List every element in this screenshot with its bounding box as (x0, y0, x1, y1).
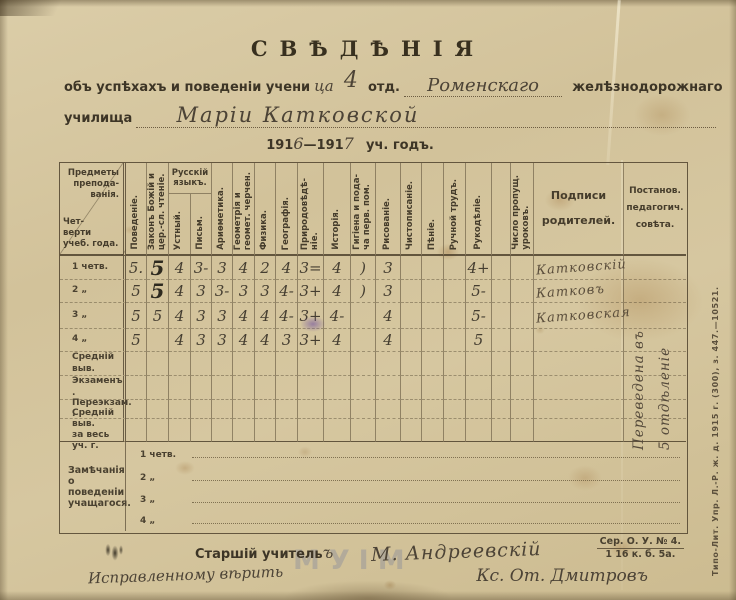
summary-cell-risovanie (376, 376, 401, 400)
handwritten-correction-note: Исправленному вѣрить (88, 563, 284, 590)
col-header-arifmetika: Ариѳметика. (212, 163, 233, 256)
col-header-povedenie: Поведеніе. (126, 163, 147, 256)
grade-geometriya-q3: 4 (233, 303, 255, 329)
summary-cell-povedenie (126, 419, 147, 442)
grade-chistopisanie-q4 (401, 329, 422, 352)
col-header-text-istoriya: Исторія. (332, 209, 342, 250)
summary-cell-prirodovedenie (298, 376, 324, 400)
summary-cell-gigiena (351, 376, 376, 400)
grade-ruchnoy-trud-q2 (444, 280, 466, 303)
quarter-row-label: 4 „ (60, 329, 126, 352)
summary-cell-rukodelie (466, 376, 492, 400)
handwritten-name-line: Маріи Катковской (136, 103, 716, 128)
summary-cell-zakon-bozhiy (147, 400, 169, 419)
summary-cell-arifmetika (212, 400, 233, 419)
decision-note-line2: 5 отдѣленіе (657, 280, 673, 450)
summary-cell-rukodelie (466, 400, 492, 419)
grade-fizika-q3: 4 (255, 303, 276, 329)
summary-cell-povedenie (126, 376, 147, 400)
grade-risovanie-q1: 3 (376, 256, 401, 280)
handwritten-year-start: 6 (293, 134, 303, 153)
summary-cell-chistopisanie (401, 419, 422, 442)
summary-cell-chistopisanie (401, 400, 422, 419)
summary-cell-signatures (534, 400, 624, 419)
col-header-text-rukodelie: Рукодѣліе. (474, 195, 484, 250)
summary-cell-risovanie (376, 419, 401, 442)
col-header-text-geografiya: Географія. (282, 197, 292, 250)
summary-cell-geografiya (276, 419, 298, 442)
remark-quarter-label: 3 „ (140, 495, 192, 505)
parent-signature-q4 (534, 329, 624, 352)
senior-teacher-line: Старшій учительъ М. Андреевскій (195, 541, 542, 563)
grade-istoriya-q1: 4 (324, 256, 351, 280)
col-header-chislo-propusch: Число пропущ. уроковъ. (511, 163, 534, 256)
col-header-text-fizika: Физика. (260, 210, 270, 250)
summary-cell-blank (492, 419, 511, 442)
printed-railway: желѣзнодорожнаго (572, 80, 722, 95)
header-line-year: 1916—1917 уч. годъ. (170, 134, 530, 153)
summary-cell-russkiy-ustny (169, 419, 191, 442)
correction-line: Исправленному вѣрить Кс. От. Дмитровъ (88, 566, 648, 586)
remark-quarter-label: 2 „ (140, 473, 192, 483)
col-header-risovanie: Рисованіе. (376, 163, 401, 256)
summary-cell-chislo-propusch (511, 352, 534, 376)
grade-chislo-propusch-q2 (511, 280, 534, 303)
handwritten-student-name: Маріи Катковской (176, 103, 419, 127)
remark-row-1: 1 четв. (126, 442, 686, 465)
col-header-parent-signatures: Подписи родителей. (534, 163, 624, 256)
col-header-rukodelie: Рукодѣліе. (466, 163, 492, 256)
summary-cell-gigiena (351, 419, 376, 442)
summary-cell-fizika (255, 376, 276, 400)
grade-russkiy-ustny-q4: 4 (169, 329, 191, 352)
grade-russkiy-ustny-q1: 4 (169, 256, 191, 280)
summary-cell-zakon-bozhiy (147, 419, 169, 442)
grade-prirodovedenie-q1: 3= (298, 256, 324, 280)
summary-cell-istoriya (324, 419, 351, 442)
summary-cell-geografiya (276, 352, 298, 376)
grade-chislo-propusch-q4 (511, 329, 534, 352)
grade-povedenie-q1: 5. (126, 256, 147, 280)
grade-chislo-propusch-q3 (511, 303, 534, 329)
parent-signature-q3: Катковская (534, 303, 624, 329)
grade-gigiena-q2: ) (351, 280, 376, 303)
document-title: СВѢДѢНІЯ (0, 36, 736, 61)
grade-blank-q3 (492, 303, 511, 329)
summary-cell-blank (492, 400, 511, 419)
grade-arifmetika-q2: 3- (212, 280, 233, 303)
quarter-row-label: 3 „ (60, 303, 126, 329)
grade-risovanie-q4: 4 (376, 329, 401, 352)
pedagogical-decision-note: Переведена въ 5 отдѣленіе (631, 266, 673, 450)
remark-row-4: 4 „ (126, 510, 686, 531)
col-header-text-arifmetika: Ариѳметика. (217, 187, 227, 250)
summary-cell-penie (422, 419, 444, 442)
report-card-scan: СВѢДѢНІЯ объ успѣхахъ и поведеніи учени … (0, 0, 736, 600)
grade-geografiya-q2: 4- (276, 280, 298, 303)
summary-cell-fizika (255, 400, 276, 419)
summary-cell-signatures (534, 419, 624, 442)
handwritten-place: Роменскаго (427, 75, 539, 96)
printed-school: училища (64, 111, 132, 126)
summary-cell-istoriya (324, 376, 351, 400)
senior-teacher-signature: М. Андреевскій (371, 538, 542, 566)
col-header-prirodovedenie: Природовѣдѣ- ніе. (298, 163, 324, 256)
col-header-pedagogical-decision: Постанов. педагогич. совѣта. (624, 163, 686, 256)
printed-senior-teacher: Старшій учитель (195, 547, 323, 562)
grade-istoriya-q3: 4- (324, 303, 351, 329)
handwritten-place-line: Роменскаго (404, 75, 562, 97)
grade-penie-q2 (422, 280, 444, 303)
series-stamp: Сер. О. У. № 4. 1 16 к. б. 5а. (597, 536, 684, 560)
remark-row-3: 3 „ (126, 488, 686, 510)
col-header-zakon-bozhiy: Законъ Божій и цер.-сл. чтеніе. (147, 163, 169, 256)
summary-cell-arifmetika (212, 419, 233, 442)
grade-geometriya-q4: 4 (233, 329, 255, 352)
col-header-text-gigiena: Гигіена и пода- ча перв. пом. (353, 174, 373, 250)
col-header-text-penie: Пѣніе. (428, 219, 438, 250)
grade-rukodelie-q2: 5- (466, 280, 492, 303)
col-header-gigiena: Гигіена и пода- ча перв. пом. (351, 163, 376, 256)
series-number: Сер. О. У. № 4. (597, 536, 684, 549)
grade-blank-q1 (492, 256, 511, 280)
summary-cell-ruchnoy-trud (444, 419, 466, 442)
summary-cell-rukodelie (466, 352, 492, 376)
parent-signature-q1: Катковскій (534, 256, 624, 280)
grade-chistopisanie-q2 (401, 280, 422, 303)
remark-quarter-label: 4 „ (140, 516, 192, 526)
col-header-text-zakon-bozhiy: Законъ Божій и цер.-сл. чтеніе. (148, 173, 168, 250)
summary-cell-penie (422, 400, 444, 419)
printed-about-progress: объ успѣхахъ и поведеніи учени (64, 80, 310, 95)
col-header-text-geometriya: Геометрія и геомет. черчен. (234, 172, 254, 250)
group-header-russian: Русскій языкъ. (169, 163, 211, 194)
grade-povedenie-q3: 5 (126, 303, 147, 329)
grade-ruchnoy-trud-q4 (444, 329, 466, 352)
summary-cell-rukodelie (466, 419, 492, 442)
grade-russkiy-pism-q2: 3 (191, 280, 212, 303)
summary-cell-russkiy-pism (191, 400, 212, 419)
printed-otd: отд. (368, 80, 400, 95)
grade-istoriya-q4: 4 (324, 329, 351, 352)
summary-cell-russkiy-pism (191, 352, 212, 376)
handwritten-tsa: ца (314, 77, 333, 95)
summary-cell-gigiena (351, 400, 376, 419)
grade-chistopisanie-q1 (401, 256, 422, 280)
grade-zakon-bozhiy-q1: 5 (147, 256, 169, 280)
summary-cell-russkiy-ustny (169, 352, 191, 376)
col-header-russkiy-yazyk: Русскій языкъ.Устный.Письм. (169, 163, 212, 256)
col-header-istoriya: Исторія. (324, 163, 351, 256)
remark-dotted-line (192, 480, 680, 481)
summary-cell-chistopisanie (401, 352, 422, 376)
grade-penie-q1 (422, 256, 444, 280)
summary-cell-geometriya (233, 400, 255, 419)
decision-note-line1: Переведена въ (631, 266, 647, 450)
grade-zakon-bozhiy-q3: 5 (147, 303, 169, 329)
summary-cell-arifmetika (212, 352, 233, 376)
summary-cell-risovanie (376, 352, 401, 376)
parent-signature-text: Катковская (536, 305, 632, 327)
grade-zakon-bozhiy-q2: 5 (147, 280, 169, 303)
corner-label-subjects: Предметы препода- ванія. (68, 168, 119, 201)
col-header-geometriya: Геометрія и геомет. черчен. (233, 163, 255, 256)
grade-geografiya-q3: 4- (276, 303, 298, 329)
summary-cell-chislo-propusch (511, 400, 534, 419)
printing-house-imprint: Типо-Лит. Упр. Л.-Р. ж. д. 1915 г. (300)… (711, 152, 720, 576)
summary-cell-ruchnoy-trud (444, 352, 466, 376)
summary-cell-geometriya (233, 376, 255, 400)
handwritten-year-end: 7 (344, 134, 354, 153)
grade-fizika-q2: 3 (255, 280, 276, 303)
col-header-blank (492, 163, 511, 256)
summary-cell-geometriya (233, 419, 255, 442)
grade-gigiena-q1: ) (351, 256, 376, 280)
summary-cell-zakon-bozhiy (147, 376, 169, 400)
summary-cell-fizika (255, 352, 276, 376)
grade-rukodelie-q4: 5 (466, 329, 492, 352)
grade-fizika-q1: 2 (255, 256, 276, 280)
grade-zakon-bozhiy-q4 (147, 329, 169, 352)
col-header-russkiy-pism: Письм. (191, 194, 212, 254)
corner-label-quarters: Чет- верти учеб. года. (63, 217, 118, 250)
grade-penie-q3 (422, 303, 444, 329)
summary-cell-gigiena (351, 352, 376, 376)
summary-cell-arifmetika (212, 376, 233, 400)
correction-signature: Кс. От. Дмитровъ (476, 566, 648, 586)
grade-geografiya-q1: 4 (276, 256, 298, 280)
grade-russkiy-pism-q1: 3- (191, 256, 212, 280)
paper-corner-shadow (0, 0, 70, 16)
quarter-row-label: 2 „ (60, 280, 126, 303)
grade-risovanie-q2: 3 (376, 280, 401, 303)
grade-arifmetika-q3: 3 (212, 303, 233, 329)
printed-year-prefix: 191 (266, 138, 293, 153)
grade-ruchnoy-trud-q3 (444, 303, 466, 329)
remark-quarter-label: 1 четв. (140, 450, 192, 460)
grade-geometriya-q1: 4 (233, 256, 255, 280)
summary-cell-geografiya (276, 376, 298, 400)
grade-ruchnoy-trud-q1 (444, 256, 466, 280)
summary-row-label: Средній выв. за весь уч. г. (60, 419, 126, 442)
handwritten-class-number: 4 (338, 68, 364, 93)
printed-year-suffix: уч. годъ. (366, 138, 434, 153)
grade-russkiy-pism-q4: 3 (191, 329, 212, 352)
col-header-text-chistopisanie: Чистописаніе. (406, 181, 416, 250)
summary-cell-chislo-propusch (511, 419, 534, 442)
summary-cell-signatures (534, 352, 624, 376)
summary-cell-povedenie (126, 400, 147, 419)
summary-cell-ruchnoy-trud (444, 400, 466, 419)
grade-blank-q4 (492, 329, 511, 352)
parent-signature-text: Катковскій (536, 257, 628, 278)
grade-risovanie-q3: 4 (376, 303, 401, 329)
ink-blot (100, 538, 126, 568)
summary-cell-russkiy-ustny (169, 400, 191, 419)
summary-cell-zakon-bozhiy (147, 352, 169, 376)
summary-row-label: Средній выв. (60, 352, 126, 376)
col-header-ruchnoy-trud: Ручной трудъ. (444, 163, 466, 256)
grade-gigiena-q3 (351, 303, 376, 329)
summary-cell-penie (422, 352, 444, 376)
summary-cell-prirodovedenie (298, 400, 324, 419)
grade-istoriya-q2: 4 (324, 280, 351, 303)
summary-cell-signatures (534, 376, 624, 400)
col-header-chistopisanie: Чистописаніе. (401, 163, 422, 256)
summary-cell-istoriya (324, 352, 351, 376)
header-line-student: объ успѣхахъ и поведеніи учени ца 4 отд.… (64, 72, 723, 97)
col-header-text-povedenie: Поведеніе. (131, 195, 141, 250)
grade-russkiy-ustny-q2: 4 (169, 280, 191, 303)
printed-year-mid: —191 (304, 138, 344, 153)
purple-ink-smudge (300, 316, 326, 332)
col-header-text-ruchnoy-trud: Ручной трудъ. (450, 179, 460, 250)
col-header-text-prirodovedenie: Природовѣдѣ- ніе. (301, 178, 321, 250)
grade-russkiy-ustny-q3: 4 (169, 303, 191, 329)
col-header-geografiya: Географія. (276, 163, 298, 256)
grade-chistopisanie-q3 (401, 303, 422, 329)
grade-gigiena-q4 (351, 329, 376, 352)
col-header-penie: Пѣніе. (422, 163, 444, 256)
table-corner-cell: Предметы препода- ванія.Чет- верти учеб.… (60, 163, 126, 256)
summary-cell-povedenie (126, 352, 147, 376)
col-header-text-risovanie: Рисованіе. (383, 198, 393, 250)
grade-rukodelie-q3: 5- (466, 303, 492, 329)
quarter-row-label: 1 четв. (60, 256, 126, 280)
remark-row-2: 2 „ (126, 465, 686, 488)
grade-arifmetika-q1: 3 (212, 256, 233, 280)
summary-cell-blank (492, 376, 511, 400)
grades-table: Предметы препода- ванія.Чет- верти учеб.… (59, 162, 688, 534)
summary-cell-fizika (255, 419, 276, 442)
remarks-section-label: Замѣчанія о поведеніи учащагося. (60, 442, 126, 531)
grade-russkiy-pism-q3: 3 (191, 303, 212, 329)
grade-prirodovedenie-q4: 3+ (298, 329, 324, 352)
summary-cell-chistopisanie (401, 376, 422, 400)
grade-penie-q4 (422, 329, 444, 352)
summary-cell-geografiya (276, 400, 298, 419)
summary-cell-geometriya (233, 352, 255, 376)
col-header-russkiy-ustny: Устный. (169, 194, 191, 254)
grade-blank-q2 (492, 280, 511, 303)
summary-cell-risovanie (376, 400, 401, 419)
parent-signature-q2: Катковъ (534, 280, 624, 303)
summary-cell-chislo-propusch (511, 376, 534, 400)
grade-geografiya-q4: 3 (276, 329, 298, 352)
series-price: 1 16 к. б. 5а. (597, 549, 684, 560)
summary-cell-ruchnoy-trud (444, 376, 466, 400)
grade-geometriya-q2: 3 (233, 280, 255, 303)
grade-povedenie-q2: 5 (126, 280, 147, 303)
summary-row-label: Экзаменъ . (60, 376, 126, 400)
grade-prirodovedenie-q2: 3+ (298, 280, 324, 303)
grade-fizika-q4: 4 (255, 329, 276, 352)
col-header-fizika: Физика. (255, 163, 276, 256)
grade-rukodelie-q1: 4+ (466, 256, 492, 280)
grade-arifmetika-q4: 3 (212, 329, 233, 352)
summary-cell-penie (422, 376, 444, 400)
remark-dotted-line (192, 502, 680, 503)
parent-signature-text: Катковъ (536, 281, 606, 301)
summary-cell-istoriya (324, 400, 351, 419)
grade-chislo-propusch-q1 (511, 256, 534, 280)
header-line-school: училища Маріи Катковской (64, 103, 716, 128)
grade-povedenie-q4: 5 (126, 329, 147, 352)
summary-cell-prirodovedenie (298, 352, 324, 376)
summary-cell-blank (492, 352, 511, 376)
handwritten-flourish: ъ (323, 543, 334, 562)
col-header-text-chislo-propusch: Число пропущ. уроковъ. (512, 175, 532, 250)
remark-dotted-line (192, 523, 680, 524)
summary-cell-russkiy-pism (191, 419, 212, 442)
summary-cell-prirodovedenie (298, 419, 324, 442)
remark-dotted-line (192, 457, 680, 458)
summary-cell-russkiy-ustny (169, 376, 191, 400)
summary-cell-russkiy-pism (191, 376, 212, 400)
